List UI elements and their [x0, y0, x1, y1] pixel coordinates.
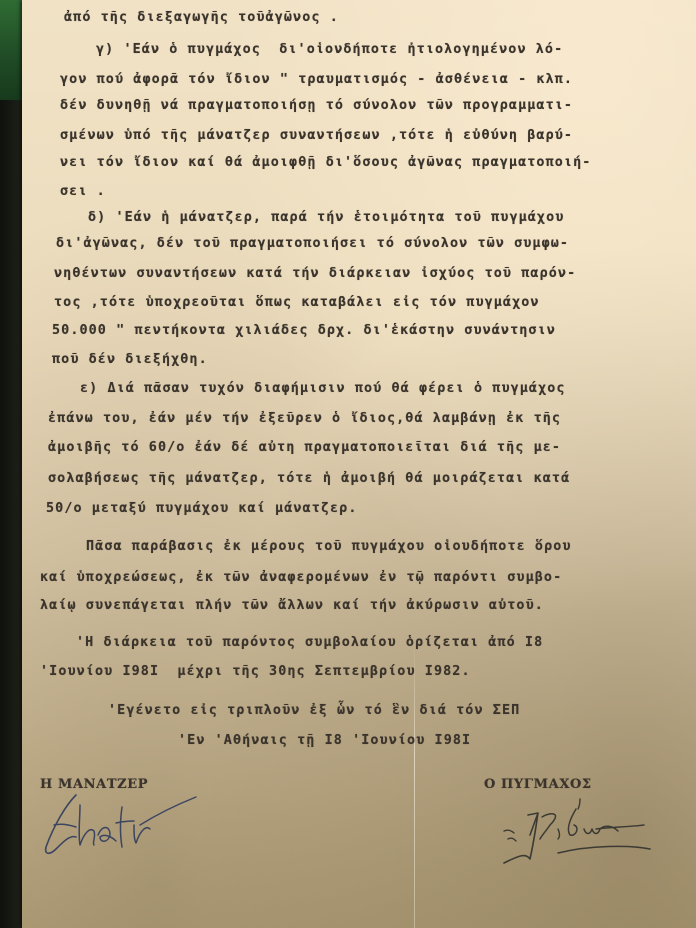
text-line: σμένων ὑπό τῆς μάνατζερ συναντήσεων ,τότ… — [60, 128, 573, 143]
text-line: γον πού ἀφορᾶ τόν ἴδιον " τραυματισμός -… — [60, 72, 573, 87]
text-line: νει τόν ἴδιον καί θά ἀμοιφθῇ δι'ὅσους ἀγ… — [60, 155, 591, 170]
text-line: τος ,τότε ὑποχρεοῦται ὅπως καταβάλει εἰς… — [54, 295, 540, 310]
boxer-signature-label: Ο ΠΥΓΜΑΧΟΣ — [484, 777, 592, 792]
text-line: σει . — [60, 184, 106, 199]
text-line: 50/ο μεταξύ πυγμάχου καί μάνατζερ. — [46, 501, 358, 516]
text-line: λαίῳ συνεπάγεται πλήν τῶν ἄλλων καί τήν … — [40, 598, 544, 613]
text-line: 50.000 " πεντήκοντα χιλιάδες δρχ. δι'ἑκά… — [52, 323, 556, 338]
clause-d-line: δ) 'Εάν ἡ μάνατζερ, παρά τήν ἑτοιμότητα … — [88, 210, 564, 225]
place-date-line: 'Εν 'Αθήναις τῇ Ι8 'Ιουνίου Ι98Ι — [178, 733, 471, 748]
text-line: καί ὑποχρεώσεως, ἐκ τῶν ἀναφερομένων ἐν … — [40, 570, 562, 585]
clause-e-line: ε) Διά πᾶσαν τυχόν διαφήμισιν πού θά φέρ… — [80, 381, 566, 396]
text-line: δι'ἀγῶνας, δέν τοῦ πραγματοποιήσει τό σύ… — [56, 236, 569, 251]
text-line: σολαβήσεως τῆς μάνατζερ, τότε ἡ ἀμοιβή θ… — [48, 471, 570, 486]
breach-clause-line: Πᾶσα παράβασις ἐκ μέρους τοῦ πυγμάχου οἱ… — [86, 539, 572, 554]
text-line: ποῦ δέν διεξήχθη. — [52, 352, 208, 367]
text-line: ἐπάνω του, ἐάν μέν τήν ἐξεῦρεν ὁ ἴδιος,θ… — [48, 411, 561, 426]
boxer-signature — [500, 795, 670, 870]
clause-c-line: γ) 'Εάν ὁ πυγμάχος δι'οἱονδήποτε ἠτιολογ… — [96, 42, 563, 57]
text-line: νηθέντων συναντήσεων κατά τήν διάρκειαν … — [54, 266, 576, 281]
paper-fold-crease — [414, 640, 415, 928]
text-line: ἀμοιβῆς τό 60/ο ἐάν δέ αὐτη πραγματοποιε… — [48, 440, 561, 455]
text-line: ἀπό τῆς διεξαγωγῆς τοῦἀγῶνος . — [64, 10, 339, 25]
text-line: 'Ιουνίου Ι98Ι μέχρι τῆς 30ης Σεπτεμβρίου… — [40, 664, 471, 679]
manager-signature — [36, 785, 206, 865]
duration-clause-line: 'Η διάρκεια τοῦ παρόντος συμβολαίου ὁρίζ… — [76, 635, 543, 650]
copies-statement: 'Εγένετο εἰς τριπλοῦν ἐξ ὧν τό ἓν διά τό… — [108, 703, 520, 718]
text-line: δέν δυνηθῇ νά πραγματοποιήσῃ τό σύνολον … — [60, 98, 573, 113]
